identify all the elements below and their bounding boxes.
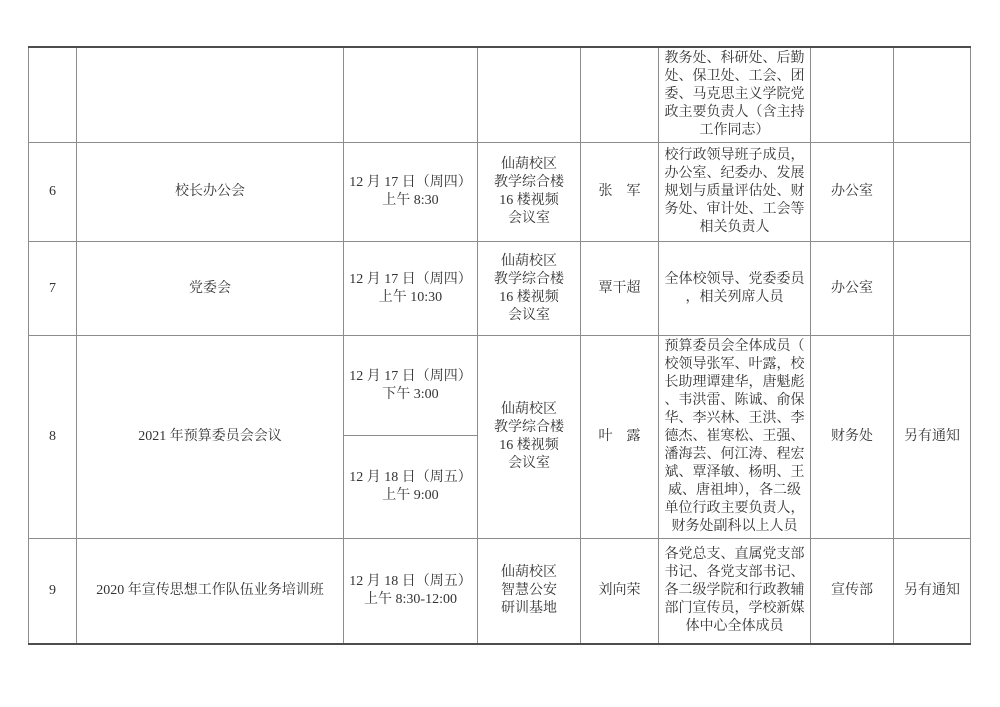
meeting-host-cell: 覃干超	[581, 242, 659, 336]
meeting-time-cell: 12 月 17 日（周四） 上午 8:30	[344, 143, 478, 242]
meeting-host-cell: 张 军	[581, 143, 659, 242]
meeting-name-cell: 2020 年宣传思想工作队伍业务培训班	[77, 539, 344, 644]
table-row-8: 8 2021 年预算委员会会议 12 月 17 日（周四） 下午 3:00 仙葫…	[29, 336, 971, 436]
meeting-location-cell: 仙葫校区 教学综合楼 16 楼视频 会议室	[478, 242, 581, 336]
department-cell	[811, 47, 894, 143]
attendees-cell: 全体校领导、党委委员，相关列席人员	[659, 242, 811, 336]
meeting-name-cell: 党委会	[77, 242, 344, 336]
row-number-cell: 7	[29, 242, 77, 336]
meeting-host-cell: 叶 露	[581, 336, 659, 539]
meeting-location-cell	[478, 47, 581, 143]
table-row-9: 9 2020 年宣传思想工作队伍业务培训班 12 月 18 日（周五） 上午 8…	[29, 539, 971, 644]
meeting-location-cell: 仙葫校区 教学综合楼 16 楼视频 会议室	[478, 143, 581, 242]
remarks-cell: 另有通知	[894, 336, 971, 539]
attendees-cell: 教务处、科研处、后勤处、保卫处、工会、团委、马克思主义学院党政主要负责人（含主持…	[659, 47, 811, 143]
meeting-name-cell	[77, 47, 344, 143]
remarks-cell	[894, 143, 971, 242]
row-number-cell: 6	[29, 143, 77, 242]
meeting-time-cell: 12 月 17 日（周四） 下午 3:00	[344, 336, 478, 436]
meeting-host-cell: 刘向荣	[581, 539, 659, 644]
meeting-host-cell	[581, 47, 659, 143]
meeting-time-cell: 12 月 17 日（周四） 上午 10:30	[344, 242, 478, 336]
department-cell: 财务处	[811, 336, 894, 539]
remarks-cell	[894, 242, 971, 336]
meeting-location-cell: 仙葫校区 教学综合楼 16 楼视频 会议室	[478, 336, 581, 539]
remarks-cell	[894, 47, 971, 143]
attendees-cell: 预算委员会全体成员（校领导张军、叶露，校长助理谭建华，唐魁彪、韦洪雷、陈诚、俞保…	[659, 336, 811, 539]
row-number-cell: 9	[29, 539, 77, 644]
meeting-name-cell: 校长办公会	[77, 143, 344, 242]
department-cell: 宣传部	[811, 539, 894, 644]
department-cell: 办公室	[811, 242, 894, 336]
remarks-cell: 另有通知	[894, 539, 971, 644]
document-page: 教务处、科研处、后勤处、保卫处、工会、团委、马克思主义学院党政主要负责人（含主持…	[0, 0, 1000, 707]
meeting-location-cell: 仙葫校区 智慧公安 研训基地	[478, 539, 581, 644]
table-row-7: 7 党委会 12 月 17 日（周四） 上午 10:30 仙葫校区 教学综合楼 …	[29, 242, 971, 336]
attendees-cell: 各党总支、直属党支部书记、各党支部书记、各二级学院和行政教辅部门宣传员，学校新媒…	[659, 539, 811, 644]
row-number-cell: 8	[29, 336, 77, 539]
meeting-time-cell: 12 月 18 日（周五） 上午 8:30-12:00	[344, 539, 478, 644]
table-row-continuation: 教务处、科研处、后勤处、保卫处、工会、团委、马克思主义学院党政主要负责人（含主持…	[29, 47, 971, 143]
row-number-cell	[29, 47, 77, 143]
meeting-time-cell	[344, 47, 478, 143]
meeting-name-cell: 2021 年预算委员会会议	[77, 336, 344, 539]
attendees-cell: 校行政领导班子成员，办公室、纪委办、发展规划与质量评估处、财务处、审计处、工会等…	[659, 143, 811, 242]
meeting-time-cell: 12 月 18 日（周五） 上午 9:00	[344, 436, 478, 539]
table-row-6: 6 校长办公会 12 月 17 日（周四） 上午 8:30 仙葫校区 教学综合楼…	[29, 143, 971, 242]
meeting-schedule-table: 教务处、科研处、后勤处、保卫处、工会、团委、马克思主义学院党政主要负责人（含主持…	[28, 46, 971, 645]
department-cell: 办公室	[811, 143, 894, 242]
